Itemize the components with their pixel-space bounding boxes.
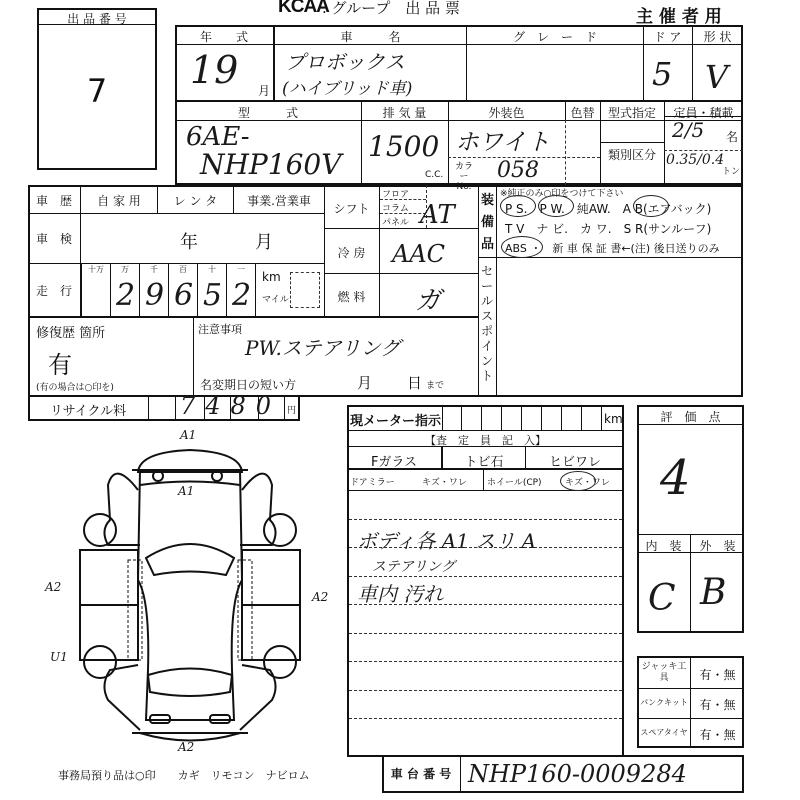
history-option-rental[interactable]: レ ン タ: [158, 192, 233, 209]
shift-option-column[interactable]: コラム: [382, 201, 409, 214]
meter-unit: km: [604, 412, 623, 426]
circle-ab: [633, 195, 669, 217]
shift-option-floor[interactable]: フロア: [382, 187, 409, 200]
car-name-label: 車 名: [275, 28, 466, 45]
organizer-use-label: 主 催 者 用: [636, 2, 722, 27]
circle-abs: [501, 236, 543, 258]
mile-checkbox[interactable]: [290, 272, 320, 308]
repair-label: 修復歴 箇所: [36, 322, 105, 341]
damage-mark-hood: A1: [178, 484, 194, 498]
ac-label: 冷 房: [324, 244, 379, 261]
mileage-unit-km: km: [262, 270, 281, 284]
equipment-label: 装備品: [481, 190, 495, 256]
year-label: 年 式: [175, 28, 273, 45]
damage-mark-left: A2: [45, 580, 61, 594]
mileage-digit-label: 千: [141, 264, 167, 275]
interior-value: C: [648, 578, 676, 619]
mileage-digit-value: 2: [232, 278, 251, 313]
mileage-digit-value: 9: [145, 278, 164, 313]
inspector-note-1: ボディ各 A1 スリ A: [357, 525, 536, 554]
class-label: 類別区分: [600, 146, 664, 163]
doors-value: 5: [652, 55, 672, 93]
car-name-value-1: プロボックス: [285, 46, 405, 75]
fuel-label: 燃 料: [324, 288, 379, 305]
lot-number-label: 出 品 番 号: [37, 10, 157, 27]
meter-label: 現メーター指示: [350, 410, 440, 429]
mileage-digit-label: 十: [199, 264, 225, 275]
mirror-options[interactable]: キズ・ワレ: [422, 475, 467, 488]
doors-label: ド ア: [643, 28, 692, 45]
mileage-digit-value: 6: [174, 278, 193, 313]
inspection-year-unit: 年: [180, 228, 198, 254]
name-change-month: 月: [357, 372, 372, 393]
grade-label: グ レ ー ド: [467, 28, 643, 45]
displacement-unit: C.C.: [425, 170, 443, 180]
equipment-row-2[interactable]: T V ナ ビ. カ ワ. S R(サンルーフ): [505, 220, 711, 237]
header-title: . グループ 出 品 票: [322, 0, 460, 18]
wheel-label: ホイール(CP): [487, 475, 542, 488]
chassis-label: 車 台 番 号: [382, 765, 460, 782]
inspector-entry-label: 【査 定 員 記 入】: [347, 432, 624, 448]
capacity-load-unit: トン: [722, 164, 740, 177]
spare-tire-label: スペアタイヤ: [639, 727, 689, 738]
puncture-kit-options[interactable]: 有・無: [691, 696, 744, 713]
mileage-unit-mile: マイル: [262, 292, 289, 305]
office-items-note: 事務局預り品は○印 カギ リモコン ナビロム: [58, 767, 310, 783]
displacement-value: 1500: [368, 130, 439, 163]
circle-pw: [538, 195, 574, 217]
shift-value: AT: [420, 200, 455, 230]
month-unit: 月: [258, 82, 270, 99]
chassis-value: NHP160-0009284: [468, 760, 687, 788]
color-label: 外装色: [448, 104, 565, 121]
shape-value: V: [705, 58, 728, 96]
glass-option-crack[interactable]: ヒビワレ: [526, 451, 624, 470]
glass-option-chip[interactable]: トビ石: [443, 451, 525, 470]
recycle-label: リサイクル料: [28, 400, 148, 419]
color-change-label: 色替: [565, 104, 600, 121]
score-value: 4: [660, 450, 691, 506]
shape-label: 形 状: [692, 28, 743, 45]
displacement-label: 排 気 量: [361, 104, 448, 121]
equipment-row-1[interactable]: P S. P W. 純AW. A B(エアバック): [505, 200, 711, 217]
capacity-persons-unit: 名: [726, 128, 738, 145]
year-value: 19: [190, 48, 238, 92]
mileage-digit-label: 万: [112, 264, 138, 275]
score-label: 評 価 点: [637, 408, 744, 425]
inspector-note-2: ステアリング: [372, 556, 455, 576]
history-label: 車 歴: [28, 192, 80, 209]
caution-label: 注意事項: [198, 321, 242, 337]
name-change-until: まで: [426, 378, 444, 391]
car-damage-diagram[interactable]: [60, 430, 320, 760]
mileage-digit-label: 百: [170, 264, 196, 275]
caution-value: PW.ステアリング: [245, 332, 400, 361]
history-option-private[interactable]: 自 家 用: [81, 192, 157, 209]
repair-value: 有: [48, 345, 72, 380]
spare-tire-options[interactable]: 有・無: [691, 726, 744, 743]
repair-note: (有の場合は○印を): [36, 380, 114, 393]
color-value: ホワイト: [455, 122, 550, 157]
fuel-value: ガ: [415, 280, 441, 317]
mileage-digit-value: 2: [116, 278, 135, 313]
model-label: 型 式: [175, 104, 361, 121]
model-value-2: NHP160V: [200, 148, 341, 181]
sales-point-label: セールスポイント: [481, 264, 495, 384]
name-change-day: 日: [407, 372, 422, 393]
car-name-value-2: (ハイブリッド車): [282, 74, 412, 99]
recycle-unit: 円: [287, 403, 296, 416]
lot-number: 7: [37, 72, 157, 110]
mileage-label: 走 行: [28, 282, 80, 299]
mileage-digit-label: 十万: [83, 264, 109, 275]
circle-ps: [500, 195, 536, 217]
mileage-digit-value: 5: [203, 278, 222, 313]
ac-value: AAC: [392, 240, 445, 268]
mirror-label: ドアミラー: [350, 475, 395, 488]
interior-label: 内 装: [637, 537, 690, 554]
exterior-label: 外 装: [691, 537, 744, 554]
glass-label: Fガラス: [347, 451, 441, 470]
name-change-label: 名変期日の短い方: [200, 376, 296, 393]
capacity-load: 0.35/0.4: [666, 152, 724, 168]
mileage-digit-label: 一: [228, 264, 254, 275]
inspection-label: 車 検: [28, 230, 80, 247]
shift-label: シフト: [324, 200, 379, 217]
circle-wheel-scratch: [560, 471, 596, 491]
puncture-kit-label: パンクキット: [639, 697, 689, 708]
jack-label: ジャッキ工具: [639, 662, 689, 684]
inspection-month-unit: 月: [255, 228, 273, 254]
damage-mark-right: A2: [312, 590, 328, 604]
exterior-value: B: [700, 572, 726, 613]
history-option-business[interactable]: 事業.営業車: [234, 192, 324, 209]
damage-mark-rear: A2: [178, 740, 194, 754]
recycle-value: 7480: [180, 392, 281, 420]
damage-mark-front: A1: [180, 428, 196, 442]
inspector-note-3: 車内 汚れ: [357, 578, 443, 607]
type-designation-label: 型式指定: [600, 104, 664, 121]
damage-mark-rear-left: U1: [50, 650, 68, 664]
capacity-persons: 2/5: [672, 118, 704, 142]
jack-options[interactable]: 有・無: [691, 666, 744, 683]
color-no-value: 058: [497, 158, 539, 183]
shift-option-panel[interactable]: パネル: [382, 215, 409, 228]
